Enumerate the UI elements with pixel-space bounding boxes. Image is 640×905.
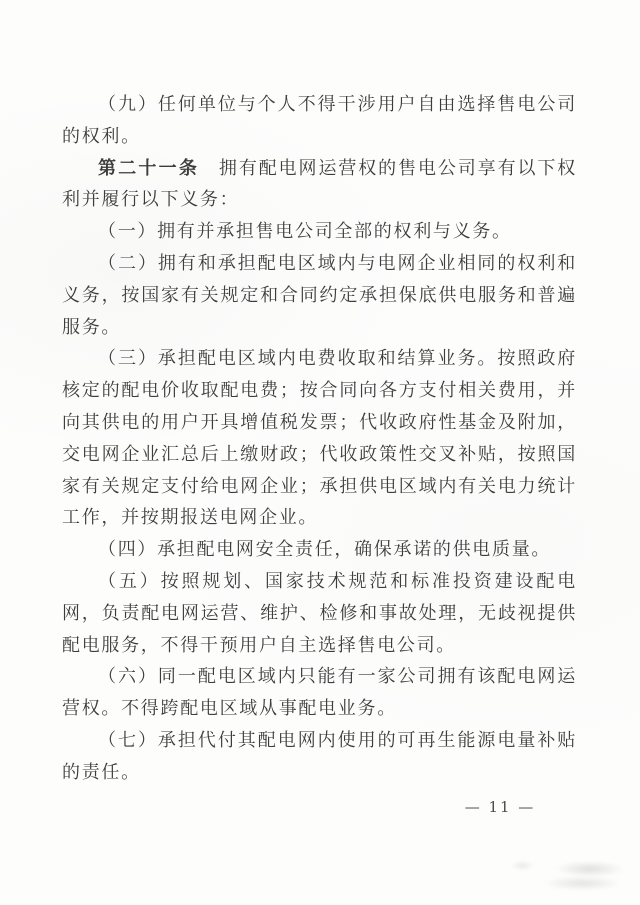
paragraph-article-21: 第二十一条 拥有配电网运营权的售电公司享有以下权利并履行以下义务： [62,153,577,217]
paragraph-item-1: （一）拥有并承担售电公司全部的权利与义务。 [62,216,577,248]
paragraph-text: （九）任何单位与个人不得干涉用户自由选择售电公司的权利。 [62,94,577,146]
page-number: — 11 — [455,798,545,816]
paragraph-text: （一）拥有并承担售电公司全部的权利与义务。 [98,221,512,241]
paragraph-text: （四）承担配电网安全责任，确保承诺的供电质量。 [98,539,551,559]
paragraph-item-3: （三）承担配电区域内电费收取和结算业务。按照政府核定的配电价收取配电费；按合同向… [62,343,577,534]
document-body: （九）任何单位与个人不得干涉用户自由选择售电公司的权利。 第二十一条 拥有配电网… [62,89,577,789]
paragraph-item-7: （七）承担代付其配电网内使用的可再生能源电量补贴的责任。 [62,725,577,789]
paragraph-text: （五）按照规划、国家技术规范和标准投资建设配电网，负责配电网运营、维护、检修和事… [62,571,577,655]
article-number-label: 第二十一条 [98,158,199,179]
paragraph-text: （六）同一配电区域内只能有一家公司拥有该配电网运营权。不得跨配电区域从事配电业务… [62,666,577,718]
paragraph-item-5: （五）按照规划、国家技术规范和标准投资建设配电网，负责配电网运营、维护、检修和事… [62,566,577,661]
watermark-smudge [508,853,628,895]
paragraph-text: （三）承担配电区域内电费收取和结算业务。按照政府核定的配电价收取配电费；按合同向… [62,348,577,527]
paragraph-text: （二）拥有和承担配电区域内与电网企业相同的权利和义务，按国家有关规定和合同约定承… [62,253,577,337]
paragraph-item-4: （四）承担配电网安全责任，确保承诺的供电质量。 [62,534,577,566]
paragraph-text: （七）承担代付其配电网内使用的可再生能源电量补贴的责任。 [62,730,577,782]
paragraph-item-6: （六）同一配电区域内只能有一家公司拥有该配电网运营权。不得跨配电区域从事配电业务… [62,661,577,725]
paragraph-item-2: （二）拥有和承担配电区域内与电网企业相同的权利和义务，按国家有关规定和合同约定承… [62,248,577,343]
paragraph-item-9: （九）任何单位与个人不得干涉用户自由选择售电公司的权利。 [62,89,577,153]
